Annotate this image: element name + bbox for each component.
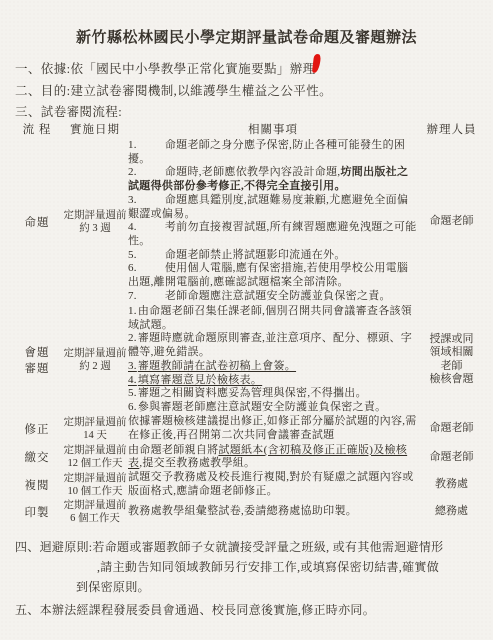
related-item: 6.參與審題老師應注意試題安全防護並負保密之責。 [128,401,418,415]
personnel-cell: 總務處 [418,499,485,525]
text-segment: 由命題老師親自將 [128,444,218,456]
process-cell: 會題審題 [12,305,62,415]
process-line: 印製 [12,504,62,520]
clause-4-avoidance-line3: 到保密原則。 [76,578,150,595]
date-cell: 定期評量週前約 3 週 [62,139,128,305]
text-segment: 考前勿直接複習試題,所有練習題應避免洩題之可能性。 [128,221,417,247]
text-segment: 試題交予教務處及校長進行複閱,對於有疑慮之試題內容或版面格式,應請命題老師修正。 [128,471,414,497]
item-number: 6. [128,262,137,274]
text-segment: 教務處教學組彙整試卷,委請總務處協助印製。 [128,505,357,517]
process-cell: 繳交 [12,444,62,471]
date-line: 約 3 週 [62,222,128,235]
personnel-cell: 命題老師 [418,444,485,471]
item-number: 2. [128,332,137,344]
process-cell: 印製 [12,499,62,525]
personnel-cell: 命題老師 [418,139,485,305]
related-item: 教務處教學組彙整試卷,委請總務處協助印製。 [128,505,418,519]
review-process-table: 流 程實施日期相關事項辦理人員 命題定期評量週前約 3 週1.命題老師之身分應予… [12,118,485,525]
related-items-cell: 試題交予教務處及校長進行複閱,對於有疑慮之試題內容或版面格式,應請命題老師修正。 [128,471,418,499]
text-segment: 審題之相關資料應妥為管理與保密,不得攜出。 [138,387,367,399]
date-line: 約 2 週 [62,360,128,373]
date-line: 12 個工作天 [62,457,128,470]
related-item: 5.命題老師禁止將試題影印流通在外。 [128,249,418,263]
related-item: 依據審題檢核建議提出修正,如修正部分屬於試題的內容,需在修正後,再召開第二次共同… [128,415,418,442]
personnel-line: 命題老師 [418,422,485,436]
related-item: 由命題老師親自將試題紙本(含初稿及修正正確版)及檢核表,提交至教務處教學組。 [128,444,418,471]
item-number: 5. [128,387,137,399]
personnel-line: 檢核會題 [418,373,485,387]
clause-1-basis: 一、依據:依「國民中小學教學正常化實施要點」辦理 [15,59,316,77]
process-line: 命題 [12,214,62,230]
text-segment: 審題教師請在試卷初稿上會簽。 [138,360,296,372]
text-segment: 由命題老師召集任課老師,個別召開共同會議審查各該領域試題。 [128,305,412,331]
text-segment: 填寫審題意見於檢核表。 [138,374,262,386]
text-segment: 參與審題老師應注意試題安全防護並負保密之責。 [138,401,387,413]
process-line: 會題 [12,344,62,360]
date-line: 定期評量週前 [62,499,128,512]
process-cell: 命題 [12,139,62,305]
clause-5-implementation: 五、本辦法經課程發展委員會通過、校長同意後實施,修正時亦同。 [15,601,375,618]
related-item: 1.由命題老師召集任課老師,個別召開共同會議審查各該領域試題。 [128,305,418,332]
clause-4-avoidance-line1: 四、迴避原則:若命題或審題教師子女就讀接受評量之班級, 或有其他需迴避情形 [15,538,443,555]
column-header-2: 相關事項 [128,118,418,139]
text-segment: 使用個人電腦,應有保密措施,若使用學校公用電腦出題,離開電腦前,應確認試題檔案全… [128,262,408,288]
personnel-cell: 命題老師 [418,415,485,444]
item-number: 6. [128,401,137,413]
table-header-row: 流 程實施日期相關事項辦理人員 [12,118,485,139]
table-row: 命題定期評量週前約 3 週1.命題老師之身分應予保密,防止各種可能發生的困擾。2… [12,139,485,305]
clause-2-purpose: 二、目的:建立試卷審閱機制,以維護學生權益之公平性。 [15,81,332,99]
related-item: 2.命題時,老師應依教學內容設計命題,坊間出版社之試題得供部份參考修正,不得完全… [128,166,418,193]
related-items-cell: 1.由命題老師召集任課老師,個別召開共同會議審查各該領域試題。2.審題時應就命題… [128,305,418,415]
date-line: 定期評量週前 [62,209,128,222]
text-segment: 命題老師禁止將試題影印流通在外。 [165,249,346,261]
red-pen-mark [312,54,321,74]
process-line: 審題 [12,360,62,376]
related-item: 試題交予教務處及校長進行複閱,對於有疑慮之試題內容或版面格式,應請命題老師修正。 [128,471,418,498]
item-number: 7. [128,290,137,302]
column-header-3: 辦理人員 [418,118,485,139]
related-item: 2.審題時應就命題原則審查,並注意項序、配分、標頭、字體等,避免錯誤。 [128,332,418,359]
related-items-cell: 依據審題檢核建議提出修正,如修正部分屬於試題的內容,需在修正後,再召開第二次共同… [128,415,418,444]
related-item: 7.老師命題應注意試題安全防護並負保密之責。 [128,290,418,304]
text-segment: 命題老師之身分應予保密,防止各種可能發生的困擾。 [128,139,405,165]
process-cell: 複閱 [12,471,62,499]
date-cell: 定期評量週前10 個工作天 [62,471,128,499]
table-row: 會題審題定期評量週前約 2 週1.由命題老師召集任課老師,個別召開共同會議審查各… [12,305,485,415]
table-row: 印製定期評量週前6 個工作天教務處教學組彙整試卷,委請總務處協助印製。總務處 [12,499,485,525]
text-segment: ,提交至教務處教學組。 [139,457,255,469]
related-item: 3.審題教師請在試卷初稿上會簽。 [128,360,418,374]
table-row: 複閱定期評量週前10 個工作天試題交予教務處及校長進行複閱,對於有疑慮之試題內容… [12,471,485,499]
date-cell: 定期評量週前6 個工作天 [62,499,128,525]
personnel-line: 總務處 [418,505,485,519]
table-row: 繳交定期評量週前12 個工作天由命題老師親自將試題紙本(含初稿及修正正確版)及檢… [12,444,485,471]
personnel-line: 教務處 [418,478,485,492]
date-line: 14 天 [62,429,128,442]
item-number: 4. [128,374,137,386]
related-items-cell: 由命題老師親自將試題紙本(含初稿及修正正確版)及檢核表,提交至教務處教學組。 [128,444,418,471]
document-title: 新竹縣松林國民小學定期評量試卷命題及審題辦法 [0,26,493,47]
related-items-cell: 教務處教學組彙整試卷,委請總務處協助印製。 [128,499,418,525]
date-cell: 定期評量週前12 個工作天 [62,444,128,471]
related-item: 4.填寫審題意見於檢核表。 [128,374,418,388]
personnel-cell: 授課或同領域相關老師檢核會題 [418,305,485,415]
related-item: 5.審題之相關資料應妥為管理與保密,不得攜出。 [128,387,418,401]
table-row: 修正定期評量週前14 天依據審題檢核建議提出修正,如修正部分屬於試題的內容,需在… [12,415,485,444]
personnel-line: 領域相關 [418,346,485,360]
text-segment: 老師命題應注意試題安全防護並負保密之責。 [165,290,391,302]
date-cell: 定期評量週前14 天 [62,415,128,444]
column-header-0: 流 程 [12,118,62,139]
text-segment: 審題時應就命題原則審查,並注意項序、配分、標頭、字體等,避免錯誤。 [128,332,412,358]
text-segment: 命題應具鑑別度,試題難易度兼顧,尤應避免全面偏艱澀或偏易。 [128,194,408,220]
clause-4-avoidance-line2: ,請主動告知同領域教師另行安排工作,或填寫保密切結書,確實做 [97,558,439,575]
date-line: 定期評量週前 [62,444,128,457]
item-number: 3. [128,194,137,206]
related-item: 3.命題應具鑑別度,試題難易度兼顧,尤應避免全面偏艱澀或偏易。 [128,194,418,221]
date-line: 10 個工作天 [62,485,128,498]
item-number: 4. [128,221,137,233]
scanned-document-page: 新竹縣松林國民小學定期評量試卷命題及審題辦法 一、依據:依「國民中小學教學正常化… [0,0,493,640]
item-number: 5. [128,249,137,261]
item-number: 1. [128,305,137,317]
related-item: 6.使用個人電腦,應有保密措施,若使用學校公用電腦出題,離開電腦前,應確認試題檔… [128,262,418,289]
personnel-line: 命題老師 [418,451,485,465]
process-line: 修正 [12,421,62,437]
process-line: 繳交 [12,449,62,465]
text-segment: 命題時,老師應依教學內容設計命題, [165,166,341,178]
personnel-line: 授課或同 [418,333,485,347]
related-item: 4.考前勿直接複習試題,所有練習題應避免洩題之可能性。 [128,221,418,248]
date-cell: 定期評量週前約 2 週 [62,305,128,415]
personnel-cell: 教務處 [418,471,485,499]
personnel-line: 老師 [418,360,485,374]
personnel-line: 命題老師 [418,215,485,229]
column-header-1: 實施日期 [62,118,128,139]
item-number: 1. [128,139,137,151]
date-line: 6 個工作天 [62,512,128,525]
process-line: 複閱 [12,477,62,493]
item-number: 3. [128,360,137,372]
process-cell: 修正 [12,415,62,444]
item-number: 2. [128,166,137,178]
related-items-cell: 1.命題老師之身分應予保密,防止各種可能發生的困擾。2.命題時,老師應依教學內容… [128,139,418,305]
date-line: 定期評量週前 [62,472,128,485]
text-segment: 依據審題檢核建議提出修正,如修正部分屬於試題的內容,需在修正後,再召開第二次共同… [128,415,417,441]
date-line: 定期評量週前 [62,347,128,360]
date-line: 定期評量週前 [62,416,128,429]
related-item: 1.命題老師之身分應予保密,防止各種可能發生的困擾。 [128,139,418,166]
